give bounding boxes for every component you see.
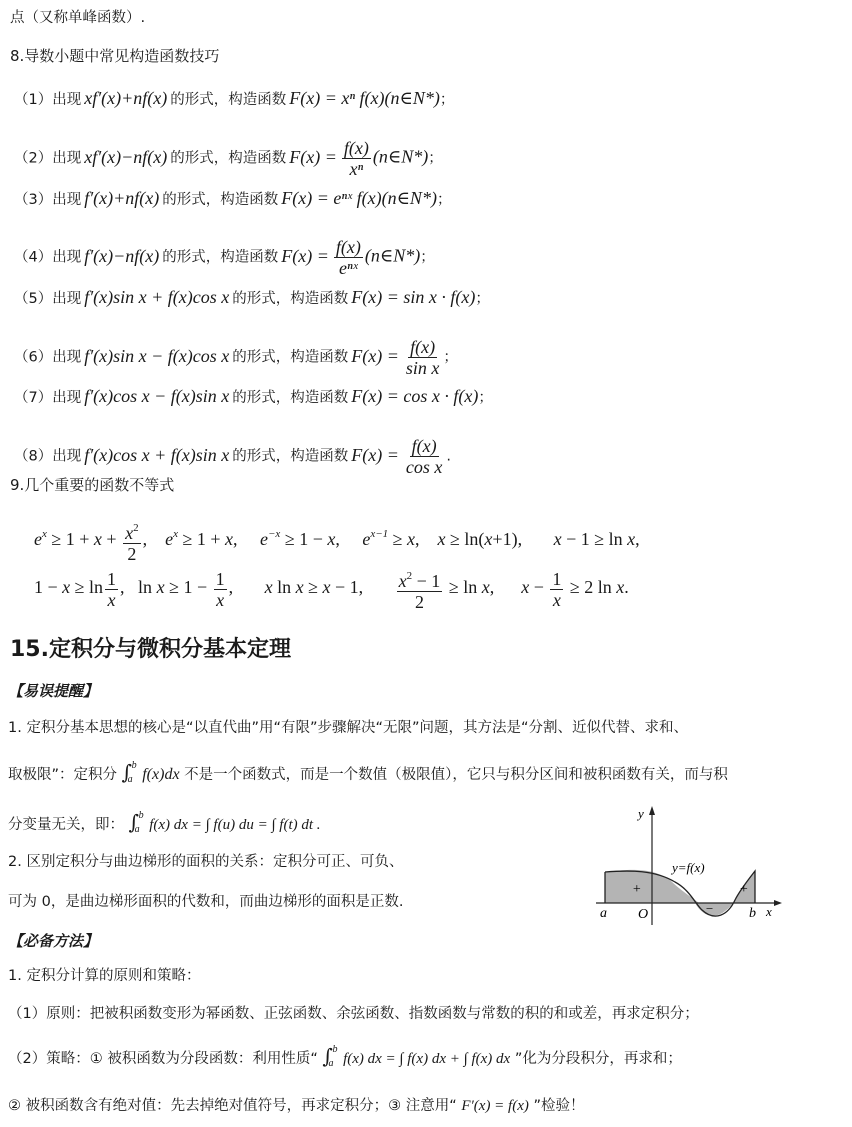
paragraph-1-line-3: 分变量无关，即： ∫ba f(x) dx = ∫ f(u) du = ∫ f(t… xyxy=(8,812,321,835)
item-label: （4）出现 xyxy=(14,250,81,266)
construct-item: （1）出现xf′(x)+nf(x)的形式，构造函数F(x) = xⁿ f(x)(… xyxy=(14,88,454,110)
method-1: 1. 定积分计算的原则和策略： xyxy=(8,966,200,986)
section-8-title: 8.导数小题中常见构造函数技巧 xyxy=(10,46,219,66)
p1-line3-a: 分变量无关，即： xyxy=(8,817,124,833)
derivative-check-formula: F′(x) = f(x) xyxy=(461,1098,529,1114)
strategy-text-a: （2）策略：① 被积函数为分段函数：利用性质“ xyxy=(8,1051,318,1067)
section-9-title: 9.几个重要的函数不等式 xyxy=(10,475,174,495)
fraction-denominator: eⁿˣ xyxy=(337,258,360,278)
condition-expression: f′(x)−nf(x) xyxy=(84,246,159,266)
integral-sign-icon: ∫ba xyxy=(129,812,141,832)
paragraph-1-line-1: 1. 定积分基本思想的核心是“以直代曲”用“有限”步骤解决“无限”问题，其方法是… xyxy=(8,718,688,738)
item-end-punct: ； xyxy=(440,92,455,108)
strategy-text-b: ”化为分段积分，再求和； xyxy=(515,1051,682,1067)
item-label: （1）出现 xyxy=(14,92,81,108)
fraction-numerator: f(x) xyxy=(408,337,437,358)
condition-expression: f′(x)sin x + f(x)cos x xyxy=(84,287,229,307)
integral-area-figure: y x a O b y=f(x) + − + xyxy=(590,800,790,930)
fraction-denominator: cos x xyxy=(404,457,444,477)
methods-tag: 【必备方法】 xyxy=(8,930,98,951)
construct-item: （4）出现f′(x)−nf(x)的形式，构造函数F(x) =f(x)eⁿˣ(n∈… xyxy=(14,237,435,278)
condition-expression: xf′(x)+nf(x) xyxy=(84,88,167,108)
constructed-function-lhs: F(x) = xyxy=(351,445,399,465)
construct-item: （7）出现f′(x)cos x − f(x)sin x的形式，构造函数F(x) … xyxy=(14,386,493,408)
fraction-denominator: xⁿ xyxy=(348,159,366,179)
fraction-denominator: sin x xyxy=(404,358,442,378)
mistake-reminder-tag: 【易误提醒】 xyxy=(8,680,98,701)
item-mid-text: 的形式，构造函数 xyxy=(232,350,348,366)
item-mid-text: 的形式，构造函数 xyxy=(162,250,278,266)
fraction: f(x)sin x xyxy=(404,337,442,378)
plus-sign-1: + xyxy=(632,882,641,897)
constructed-function-tail: (n∈N*) xyxy=(373,147,428,167)
constructed-function-lhs: F(x) = xyxy=(289,147,337,167)
item-mid-text: 的形式，构造函数 xyxy=(232,390,348,406)
abs-text-a: ② 被积函数含有绝对值：先去掉绝对值符号，再求定积分；③ 注意用“ xyxy=(8,1098,457,1114)
svg-text:+: + xyxy=(739,882,748,897)
constructed-function: F(x) = sin x · f(x) xyxy=(351,287,475,307)
constructed-function: F(x) = xⁿ f(x)(n∈N*) xyxy=(289,88,440,108)
item-mid-text: 的形式，构造函数 xyxy=(170,92,286,108)
p1-line2-a: 取极限”：定积分 xyxy=(8,767,117,783)
method-absolute-value: ② 被积函数含有绝对值：先去掉绝对值符号，再求定积分；③ 注意用“ F′(x) … xyxy=(8,1096,585,1116)
item-label: （5）出现 xyxy=(14,291,81,307)
construct-item: （2）出现xf′(x)−nf(x)的形式，构造函数F(x) =f(x)xⁿ(n∈… xyxy=(14,138,443,179)
svg-text:y=f(x): y=f(x) xyxy=(670,860,705,875)
item-label: （2）出现 xyxy=(14,151,81,167)
item-mid-text: 的形式，构造函数 xyxy=(232,291,348,307)
condition-expression: xf′(x)−nf(x) xyxy=(84,147,167,167)
integral-sign-icon: ∫ba xyxy=(322,1046,334,1066)
item-end-punct: ； xyxy=(420,250,435,266)
method-strategy: （2）策略：① 被积函数为分段函数：利用性质“ ∫ba f(x) dx = ∫ … xyxy=(8,1046,682,1069)
fraction-numerator: f(x) xyxy=(410,436,439,457)
construct-item: （5）出现f′(x)sin x + f(x)cos x的形式，构造函数F(x) … xyxy=(14,287,490,309)
svg-text:O: O xyxy=(638,907,648,922)
constructed-function-lhs: F(x) = xyxy=(351,346,399,366)
condition-expression: f′(x)cos x − f(x)sin x xyxy=(84,386,229,406)
inequality-row-1: ex ≥ 1 + x + x22, ex ≥ 1 + x, e−x ≥ 1 − … xyxy=(34,518,640,564)
item-label: （3）出现 xyxy=(14,192,81,208)
fraction-numerator: f(x) xyxy=(342,138,371,159)
integral-sign-icon: ∫ba xyxy=(122,762,134,782)
fraction-numerator: f(x) xyxy=(334,237,363,258)
construct-item: （8）出现f′(x)cos x + f(x)sin x的形式，构造函数F(x) … xyxy=(14,436,451,477)
svg-text:−: − xyxy=(705,901,714,916)
paragraph-1-line-2: 取极限”：定积分 ∫ba f(x)dx 不是一个函数式，而是一个数值（极限值），… xyxy=(8,762,728,785)
item-end-punct: ； xyxy=(443,350,458,366)
svg-text:b: b xyxy=(749,906,756,921)
integral-equality: f(x) dx = ∫ f(u) du = ∫ f(t) dt . xyxy=(149,817,320,833)
construct-item: （6）出现f′(x)sin x − f(x)cos x的形式，构造函数F(x) … xyxy=(14,337,458,378)
item-end-punct: ； xyxy=(428,151,443,167)
svg-text:a: a xyxy=(600,906,607,921)
svg-text:x: x xyxy=(765,904,772,919)
paragraph-2-line-1: 2. 区别定积分与曲边梯形的面积的关系：定积分可正、可负、 xyxy=(8,852,403,872)
item-end-punct: ； xyxy=(478,390,493,406)
item-end-punct: . xyxy=(446,449,451,465)
item-end-punct: ； xyxy=(475,291,490,307)
fraction: f(x)xⁿ xyxy=(342,138,371,179)
item-label: （8）出现 xyxy=(14,449,81,465)
constructed-function-lhs: F(x) = xyxy=(281,246,329,266)
fraction: f(x)eⁿˣ xyxy=(334,237,363,278)
svg-text:y: y xyxy=(636,806,644,821)
construct-item: （3）出现f′(x)+nf(x)的形式，构造函数F(x) = eⁿˣ f(x)(… xyxy=(14,188,451,210)
condition-expression: f′(x)+nf(x) xyxy=(84,188,159,208)
item-mid-text: 的形式，构造函数 xyxy=(232,449,348,465)
item-end-punct: ； xyxy=(437,192,452,208)
section-15-title: 15.定积分与微积分基本定理 xyxy=(10,632,291,663)
constructed-function-tail: (n∈N*) xyxy=(365,246,420,266)
integral-expression: f(x)dx xyxy=(142,766,179,783)
constructed-function: F(x) = eⁿˣ f(x)(n∈N*) xyxy=(281,188,437,208)
paragraph-2-line-2: 可为 0，是曲边梯形面积的代数和，而曲边梯形的面积是正数. xyxy=(8,892,403,912)
item-mid-text: 的形式，构造函数 xyxy=(162,192,278,208)
item-label: （6）出现 xyxy=(14,350,81,366)
intro-tail-text: 点（又称单峰函数）. xyxy=(10,8,145,28)
item-mid-text: 的形式，构造函数 xyxy=(170,151,286,167)
condition-expression: f′(x)sin x − f(x)cos x xyxy=(84,346,229,366)
inequality-row-2: 1 − x ≥ ln1x, ln x ≥ 1 − 1x, x ln x ≥ x … xyxy=(34,566,629,612)
piecewise-integral-formula: f(x) dx = ∫ f(x) dx + ∫ f(x) dx xyxy=(343,1051,510,1067)
p1-line2-b: 不是一个函数式，而是一个数值（极限值），它只与积分区间和被积函数有关，而与积 xyxy=(184,767,728,783)
fraction: f(x)cos x xyxy=(404,436,444,477)
condition-expression: f′(x)cos x + f(x)sin x xyxy=(84,445,229,465)
curve-graph: y x a O b y=f(x) + − + xyxy=(590,800,790,930)
constructed-function: F(x) = cos x · f(x) xyxy=(351,386,478,406)
item-label: （7）出现 xyxy=(14,390,81,406)
abs-text-b: ”检验！ xyxy=(533,1098,584,1114)
method-principle: （1）原则：把被积函数变形为幂函数、正弦函数、余弦函数、指数函数与常数的积的和或… xyxy=(8,1004,699,1024)
